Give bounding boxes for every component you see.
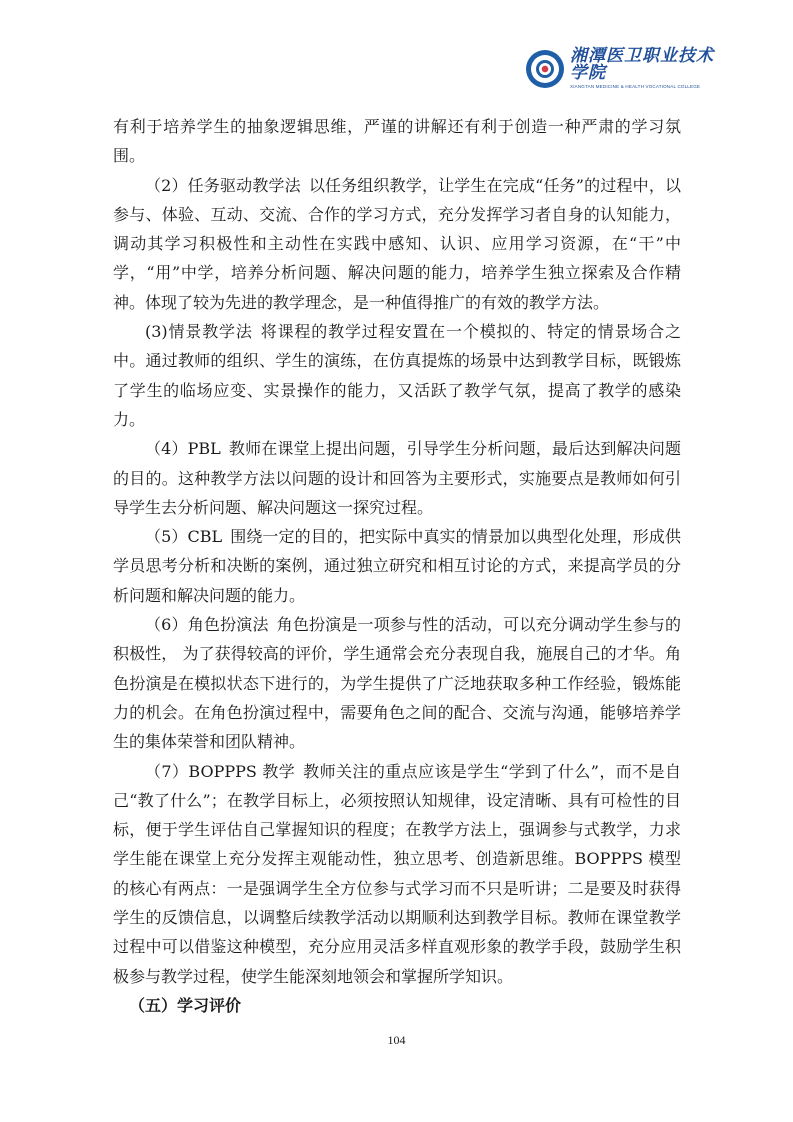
page-number: 104 xyxy=(0,1033,793,1048)
paragraph-text: 角色扮演是一项参与性的活动，可以充分调动学生参与的积极性， 为了获得较高的评价，… xyxy=(113,615,681,751)
college-name-en: XIANGTAN MEDICINE & HEALTH VOCATIONAL CO… xyxy=(570,85,726,90)
paragraph-label: （5）CBL xyxy=(145,527,222,546)
paragraph-boppps: （7）BOPPPS 教学教师关注的重点应该是学生“学到了什么”，而不是自己“教了… xyxy=(113,757,681,991)
college-logo-text: 湘潭医卫职业技术学院 XIANGTAN MEDICINE & HEALTH VO… xyxy=(570,48,726,90)
paragraph-label: （7）BOPPPS 教学 xyxy=(145,762,295,781)
paragraph-label: (3)情景教学法 xyxy=(145,322,253,341)
paragraph-role-play: （6）角色扮演法角色扮演是一项参与性的活动，可以充分调动学生参与的积极性， 为了… xyxy=(113,610,681,756)
paragraph-cbl: （5）CBL围绕一定的目的，把实际中真实的情景加以典型化处理，形成供学员思考分析… xyxy=(113,522,681,610)
paragraph-continuation: 有利于培养学生的抽象逻辑思维，严谨的讲解还有利于创造一种严肃的学习氛围。 xyxy=(113,112,681,171)
page-header: 湘潭医卫职业技术学院 XIANGTAN MEDICINE & HEALTH VO… xyxy=(526,46,726,92)
paragraph-label: （2）任务驱动教学法 xyxy=(145,176,301,195)
document-body: 有利于培养学生的抽象逻辑思维，严谨的讲解还有利于创造一种严肃的学习氛围。 （2）… xyxy=(113,112,681,1020)
college-name-cn: 湘潭医卫职业技术学院 xyxy=(570,48,726,82)
section-heading: （五）学习评价 xyxy=(113,991,681,1020)
paragraph-task-driven: （2）任务驱动教学法以任务组织教学，让学生在完成“任务”的过程中，以参与、体验、… xyxy=(113,171,681,317)
paragraph-label: （6）角色扮演法 xyxy=(145,615,269,634)
paragraph-label: （4）PBL xyxy=(145,439,221,458)
paragraph-pbl: （4）PBL教师在课堂上提出问题，引导学生分析问题，最后达到解决问题的目的。这种… xyxy=(113,434,681,522)
paragraph-text: 以任务组织教学，让学生在完成“任务”的过程中，以参与、体验、互动、交流、合作的学… xyxy=(113,176,681,312)
college-emblem-icon xyxy=(526,50,564,88)
paragraph-situational: (3)情景教学法将课程的教学过程安置在一个模拟的、特定的情景场合之中。通过教师的… xyxy=(113,317,681,434)
paragraph-text: 有利于培养学生的抽象逻辑思维，严谨的讲解还有利于创造一种严肃的学习氛围。 xyxy=(113,117,681,165)
paragraph-text: 教师关注的重点应该是学生“学到了什么”，而不是自己“教了什么”；在教学目标上，必… xyxy=(113,762,681,986)
